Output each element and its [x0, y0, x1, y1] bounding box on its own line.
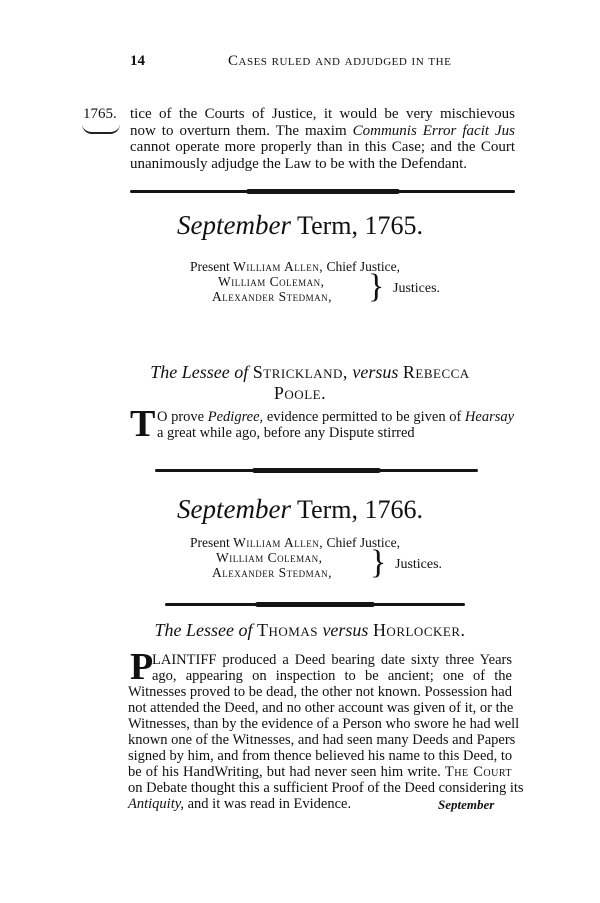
versus: versus — [318, 620, 373, 640]
term-rest: Term, 1766. — [291, 495, 423, 524]
text-line: cannot operate more properly than in thi… — [130, 139, 515, 156]
justice-name: William Coleman, — [190, 550, 400, 565]
defendant-name: Rebecca — [403, 362, 470, 382]
running-title: Cases ruled and adjudged in the — [228, 53, 451, 70]
text-line: Witnesses, than by the evidence of a Per… — [128, 716, 512, 732]
term-month: September — [177, 494, 291, 524]
chief-justice-name: William Allen, — [233, 259, 323, 274]
text-fragment: and it was read in Evidence. — [184, 796, 351, 812]
term-heading-1765: September Term, 1765. — [0, 210, 600, 241]
catchword: September — [438, 797, 494, 813]
text-fragment: Antiquity, — [128, 796, 184, 812]
latin-maxim: Communis Error facit Jus — [353, 123, 515, 139]
text-fragment: evidence permitted to be given of — [263, 409, 465, 425]
chief-justice-line: Present William Allen, Chief Justice, — [190, 535, 400, 550]
text-fragment: Hearsay — [465, 409, 514, 425]
margin-year-note: 1765. — [83, 106, 117, 123]
defendant-surname: Poole. — [274, 383, 326, 403]
margin-brace — [82, 124, 120, 134]
text-fragment: Pedigree, — [208, 409, 263, 425]
text-line: O prove Pedigree, evidence permitted to … — [157, 409, 502, 425]
drop-cap: T — [130, 407, 155, 441]
text-fragment: O prove — [157, 409, 208, 425]
text-line: now to overturn them. The maxim Communis… — [130, 123, 515, 140]
chief-justice-name: William Allen, — [233, 535, 323, 550]
justice-name: Alexander Stedman, — [190, 565, 400, 580]
term-month: September — [177, 210, 291, 240]
section-rule — [165, 603, 465, 606]
text-line: unanimously adjudge the Law to be with t… — [130, 156, 515, 173]
chief-justice-title: Chief Justice, — [323, 259, 400, 274]
versus: versus — [348, 362, 403, 382]
present-label: Present — [190, 535, 233, 550]
plaintiff-name: Thomas — [257, 620, 318, 640]
text-line: not attended the Deed, and no other acco… — [128, 700, 512, 716]
text-line: LAINTIFF produced a Deed bearing date si… — [152, 652, 512, 668]
text-line: Witnesses proved to be dead, the other n… — [128, 684, 512, 700]
case-title-thomas: The Lessee of Thomas versus Horlocker. — [10, 620, 600, 641]
text-line: on Debate thought this a sufficient Proo… — [128, 780, 512, 796]
text-line: be of his HandWriting, but had never see… — [128, 764, 512, 780]
case-title-strickland: The Lessee of Strickland, versus Rebecca — [10, 362, 600, 383]
bench-1766: Present William Allen, Chief Justice, Wi… — [190, 535, 400, 580]
text-line: a great while ago, before any Dispute st… — [157, 425, 502, 441]
case-body-strickland: O prove Pedigree, evidence permitted to … — [157, 409, 502, 441]
chief-justice-title: Chief Justice, — [323, 535, 400, 550]
term-rest: Term, 1765. — [291, 211, 423, 240]
page-number: 14 — [130, 53, 145, 70]
plaintiff-name: Strickland, — [253, 362, 348, 382]
brace: } — [370, 548, 386, 578]
justices-label: Justices. — [395, 557, 442, 573]
present-label: Present — [190, 259, 233, 274]
case-title-prefix: The Lessee of — [150, 362, 253, 382]
case-title-prefix: The Lessee of — [154, 620, 257, 640]
the-court: The Court — [445, 764, 512, 780]
text-line: known one of the Witnesses, and had seen… — [128, 732, 512, 748]
text-line: tice of the Courts of Justice, it would … — [130, 106, 515, 123]
text-fragment: be of his HandWriting, but had never see… — [128, 764, 445, 780]
section-rule — [130, 190, 515, 193]
case-title-strickland-line2: Poole. — [0, 383, 600, 404]
brace: } — [368, 272, 384, 302]
continuation-paragraph: tice of the Courts of Justice, it would … — [130, 106, 515, 172]
case-body-thomas: LAINTIFF produced a Deed bearing date si… — [128, 652, 512, 812]
section-rule — [155, 469, 478, 472]
term-heading-1766: September Term, 1766. — [0, 494, 600, 525]
text-line: signed by him, and from thence believed … — [128, 748, 512, 764]
text-fragment: now to overturn them. The maxim — [130, 123, 353, 139]
defendant-name: Horlocker. — [373, 620, 466, 640]
text-line: ago, appearing on inspection to be ancie… — [152, 668, 512, 684]
justices-label: Justices. — [393, 281, 440, 297]
